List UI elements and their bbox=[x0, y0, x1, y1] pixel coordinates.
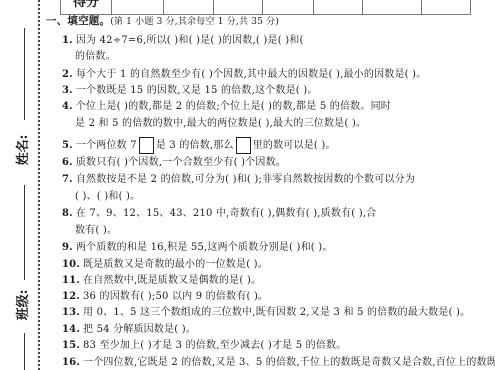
question-7: 7.自然数按是不是 2 的倍数,可分为( )和( );非零自然数按因数的个数可以… bbox=[62, 173, 415, 187]
question-text: 里的数可以是( )。 bbox=[253, 140, 336, 151]
question-text: 既是质数又是奇数的最小的一位数是( )。 bbox=[83, 259, 268, 270]
question-text: 是 2 和 5 的倍数的数中,最大的两位数是( ),最大的三位数是( )。 bbox=[75, 118, 366, 129]
section-title: 一、填空题。(第 1 小题 3 分,其余每空 1 分,共 35 分) bbox=[46, 14, 279, 29]
question-8-continued: 数有( )。 bbox=[75, 224, 117, 238]
question-9: 9.两个质数的和是 16,积是 55,这两个质数分别是( )和( )。 bbox=[62, 241, 333, 255]
question-text: 在自然数中,既是质数又是偶数的是( )。 bbox=[83, 275, 261, 286]
question-number: 14. bbox=[62, 324, 80, 335]
score-cell[interactable] bbox=[363, 0, 422, 14]
score-cell[interactable] bbox=[263, 0, 314, 14]
name-label: 姓名: bbox=[14, 132, 34, 168]
question-1-continued: 的倍数。 bbox=[75, 50, 116, 64]
question-4-continued: 是 2 和 5 的倍数的数中,最大的两位数是( ),最大的三位数是( )。 bbox=[75, 117, 366, 131]
question-text: 一个数既是 15 的因数,又是 15 的倍数,这个数是( )。 bbox=[76, 85, 318, 96]
question-text: 是 3 的倍数,那么 bbox=[156, 140, 234, 151]
question-number: 9. bbox=[62, 242, 73, 253]
question-text: 两个质数的和是 16,积是 55,这两个质数分别是( )和( )。 bbox=[76, 242, 333, 253]
score-table: 得分 bbox=[60, 0, 471, 15]
question-16: 16.一个四位数,它既是 2 的倍数,又是 3、5 的倍数,千位上的数既是奇数又… bbox=[62, 356, 495, 370]
class-label: 班级: bbox=[14, 287, 34, 323]
question-11: 11.在自然数中,既是质数又是偶数的是( )。 bbox=[62, 274, 261, 288]
question-text: 每个大于 1 的自然数至少有( )个因数,其中最大的因数是( ),最小的因数是(… bbox=[76, 69, 427, 80]
question-13: 13.用 0、1、5 这三个数组成的三位数中,既有因数 2,又是 3 和 5 的… bbox=[62, 306, 470, 320]
question-text: 因为 42÷7=6,所以( )和( )是( )的因数,( )是( )和( bbox=[76, 35, 304, 46]
section-title-text: 一、填空题。 bbox=[46, 15, 110, 27]
question-6: 6.质数只有( )个因数,一个合数至少有( )个因数。 bbox=[62, 156, 286, 170]
question-number: 13. bbox=[62, 307, 80, 318]
question-number: 6. bbox=[62, 157, 73, 168]
question-text: 数有( )。 bbox=[75, 225, 117, 236]
question-12: 12.36 的因数有( );50 以内 9 的倍数有( )。 bbox=[62, 290, 268, 304]
question-number: 7. bbox=[62, 174, 73, 185]
section-note: (第 1 小题 3 分,其余每空 1 分,共 35 分) bbox=[110, 17, 279, 27]
question-number: 2. bbox=[62, 69, 73, 80]
score-cell[interactable] bbox=[214, 0, 263, 14]
digit-box[interactable] bbox=[236, 137, 251, 154]
score-cell[interactable] bbox=[164, 0, 214, 14]
digit-box[interactable] bbox=[139, 137, 154, 154]
question-7-continued: ( )、( )和( )。 bbox=[75, 190, 140, 204]
question-14: 14.把 54 分解质因数是( )。 bbox=[62, 323, 196, 337]
cut-line bbox=[38, 0, 40, 370]
question-2: 2.每个大于 1 的自然数至少有( )个因数,其中最大的因数是( ),最小的因数… bbox=[62, 68, 426, 82]
question-text: 一个四位数,它既是 2 的倍数,又是 3、5 的倍数,千位上的数既是奇数又是合数… bbox=[83, 357, 495, 368]
question-10: 10.既是质数又是奇数的最小的一位数是( )。 bbox=[62, 258, 268, 272]
question-number: 8. bbox=[62, 208, 73, 219]
question-3: 3.一个数既是 15 的因数,又是 15 的倍数,这个数是( )。 bbox=[62, 84, 318, 98]
question-number: 16. bbox=[62, 357, 80, 368]
question-number: 3. bbox=[62, 85, 73, 96]
name-underline bbox=[24, 28, 25, 120]
class-underline bbox=[24, 185, 25, 280]
score-cell[interactable] bbox=[422, 0, 470, 14]
question-number: 4. bbox=[62, 101, 73, 112]
question-1: 1.因为 42÷7=6,所以( )和( )是( )的因数,( )是( )和( bbox=[62, 34, 304, 48]
question-text: 把 54 分解质因数是( )。 bbox=[83, 324, 196, 335]
question-5: 5.一个两位数 7是 3 的倍数,那么里的数可以是( )。 bbox=[62, 137, 336, 154]
question-text: 用 0、1、5 这三个数组成的三位数中,既有因数 2,又是 3 和 5 的倍数的… bbox=[83, 307, 470, 318]
question-number: 11. bbox=[62, 275, 80, 286]
question-8: 8.在 7、9、12、15、43、210 中,奇数有( ),偶数有( ),质数有… bbox=[62, 207, 376, 221]
question-text: 的倍数。 bbox=[75, 51, 116, 62]
question-number: 12. bbox=[62, 291, 80, 302]
question-text: 在 7、9、12、15、43、210 中,奇数有( ),偶数有( ),质数有( … bbox=[76, 208, 377, 219]
question-text: 一个两位数 7 bbox=[76, 140, 137, 151]
question-4: 4.个位上是( )的数,都是 2 的倍数;个位上是( )的数,都是 5 的倍数。… bbox=[62, 100, 391, 114]
question-text: 个位上是( )的数,都是 2 的倍数;个位上是( )的数,都是 5 的倍数。同时 bbox=[76, 101, 391, 112]
question-text: 83 至少加上( )才是 3 的倍数,至少减去( )才是 5 的倍数。 bbox=[83, 340, 346, 351]
score-cell[interactable] bbox=[314, 0, 363, 14]
question-text: 质数只有( )个因数,一个合数至少有( )个因数。 bbox=[76, 157, 286, 168]
question-number: 10. bbox=[62, 259, 80, 270]
question-text: 36 的因数有( );50 以内 9 的倍数有( )。 bbox=[83, 291, 268, 302]
margin-line-bottom bbox=[24, 333, 25, 370]
question-number: 5. bbox=[62, 140, 73, 151]
score-cell[interactable] bbox=[112, 0, 164, 14]
question-number: 1. bbox=[62, 35, 73, 46]
question-number: 15. bbox=[62, 340, 80, 351]
score-header: 得分 bbox=[61, 0, 112, 14]
question-text: ( )、( )和( )。 bbox=[75, 191, 140, 202]
question-15: 15.83 至少加上( )才是 3 的倍数,至少减去( )才是 5 的倍数。 bbox=[62, 339, 346, 353]
question-text: 自然数按是不是 2 的倍数,可分为( )和( );非零自然数按因数的个数可以分为 bbox=[76, 174, 415, 185]
